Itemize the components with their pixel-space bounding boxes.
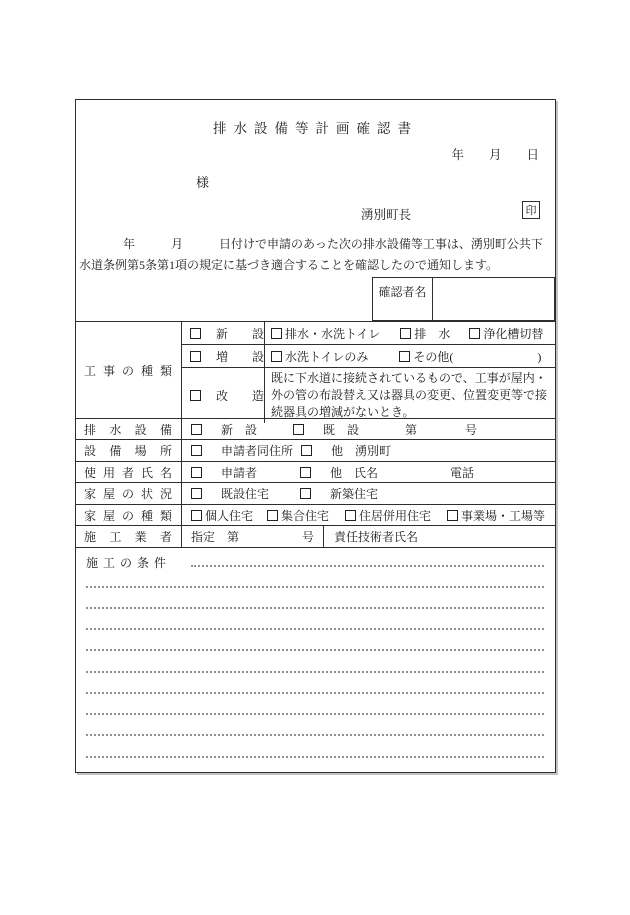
house-type-content: 個人住宅 集合住宅 住居併用住宅 事業場・工場等 xyxy=(182,505,555,525)
row-house-type-header: 家屋の種類 xyxy=(76,505,182,525)
new-construction-cell: 新 設 xyxy=(182,322,265,344)
option-label: 排水・水洗トイレ xyxy=(285,325,380,342)
option-label: 水洗トイレのみ xyxy=(285,348,368,365)
row-drainage-header: 排水設備 xyxy=(76,419,182,439)
row-equipment-location: 設備場所 申請者同住所 他 湧別町 xyxy=(76,440,555,462)
checkbox-private-house[interactable] xyxy=(191,510,202,521)
existing-house-label: 既設住宅 xyxy=(221,485,269,502)
subrow-new-construction: 新 設 排水・水洗トイレ 排 水 浄化槽切替 xyxy=(182,322,555,345)
row-label: 使用者氏名 xyxy=(76,464,181,481)
condition-write-line[interactable] xyxy=(191,565,544,567)
condition-write-line[interactable] xyxy=(86,586,544,588)
row-user-name: 使用者氏名 申請者 他 氏名 電話 xyxy=(76,462,555,483)
condition-write-line[interactable] xyxy=(86,756,544,758)
user-content: 申請者 他 氏名 電話 xyxy=(182,462,555,482)
row-label: 排水設備 xyxy=(76,421,181,438)
checkbox-apartment-house[interactable] xyxy=(267,510,278,521)
seal-stamp-label: 印 xyxy=(526,202,537,218)
row-location-header: 設備場所 xyxy=(76,440,182,461)
conditions-label: 施工の条件 xyxy=(86,554,171,571)
location-other-label: 他 湧別町 xyxy=(331,442,391,459)
drainage-content: 新 設 既 設 第 号 xyxy=(182,419,555,439)
notice-paragraph: 年 月 日付けで申請のあった次の排水設備等工事は、湧別町公共下水道条例第5条第1… xyxy=(79,234,553,276)
option-label: 事業場・工場等 xyxy=(461,507,545,524)
checkbox-existing-house[interactable] xyxy=(191,488,202,499)
row-house-status: 家屋の状況 既設住宅 新築住宅 xyxy=(76,483,555,505)
remodel-description: 既に下水道に接続されているもので、工事が屋内・外の管の布設替え又は器具の変更、位… xyxy=(271,370,551,421)
condition-write-line[interactable] xyxy=(86,607,544,609)
row-house-type: 家屋の種類 個人住宅 集合住宅 住居併用住宅 事業場・工場等 xyxy=(76,505,555,526)
checkbox-remodel[interactable] xyxy=(190,390,201,401)
contractor-designation-cell: 指定 第 号 xyxy=(182,526,324,547)
remodel-label: 改 造 xyxy=(216,387,264,404)
checkbox-new-construction[interactable] xyxy=(190,328,201,339)
confirmer-box: 確認者名 xyxy=(372,277,555,321)
subrow-extension: 増 設 水洗トイレのみ その他( ) xyxy=(182,345,555,368)
new-construction-label: 新 設 xyxy=(216,325,264,342)
date-line: 年 月 日 xyxy=(451,145,539,163)
section-conditions: 施工の条件 xyxy=(76,548,555,772)
seal-placeholder-box: 印 xyxy=(522,201,540,219)
drainage-number-label: 第 号 xyxy=(405,421,477,438)
designation-label: 指定 第 xyxy=(191,528,239,545)
checkbox-user-other[interactable] xyxy=(300,467,311,478)
checkbox-septic-tank-switch[interactable] xyxy=(469,328,480,339)
remodel-description-cell: 既に下水道に接続されているもので、工事が屋内・外の管の布設替え又は器具の変更、位… xyxy=(265,368,555,423)
option-label: 排 水 xyxy=(414,325,450,342)
row-user-header: 使用者氏名 xyxy=(76,462,182,482)
condition-write-line[interactable] xyxy=(86,671,544,673)
row-label: 工事の種類 xyxy=(76,362,181,379)
user-applicant-label: 申請者 xyxy=(221,464,257,481)
option-label: 住居併用住宅 xyxy=(359,507,431,524)
subrow-remodel: 改 造 既に下水道に接続されているもので、工事が屋内・外の管の布設替え又は器具の… xyxy=(182,368,555,423)
row-work-type: 工事の種類 新 設 排水・水洗トイレ 排 水 浄化槽切替 xyxy=(76,322,555,419)
checkbox-same-as-applicant[interactable] xyxy=(191,445,202,456)
drainage-existing-label: 既 設 xyxy=(323,421,359,438)
checkbox-drainage-only[interactable] xyxy=(400,328,411,339)
extension-cell: 増 設 xyxy=(182,345,265,367)
row-label: 施工業者 xyxy=(76,528,181,545)
checkbox-drainage-new[interactable] xyxy=(191,424,202,435)
row-work-type-header: 工事の種類 xyxy=(76,322,182,418)
main-table: 工事の種類 新 設 排水・水洗トイレ 排 水 浄化槽切替 xyxy=(76,321,555,772)
checkbox-flush-toilet-only[interactable] xyxy=(271,351,282,362)
condition-write-line[interactable] xyxy=(86,713,544,715)
engineer-label: 責任技術者氏名 xyxy=(334,528,418,545)
option-label: 個人住宅 xyxy=(205,507,253,524)
checkbox-other-location[interactable] xyxy=(301,445,312,456)
extension-label: 増 設 xyxy=(216,348,264,365)
row-label: 家屋の種類 xyxy=(76,507,181,524)
option-label: 浄化槽切替 xyxy=(483,325,543,342)
row-house-status-header: 家屋の状況 xyxy=(76,483,182,504)
condition-write-line[interactable] xyxy=(86,628,544,630)
confirmer-value-field[interactable] xyxy=(433,278,554,320)
contractor-engineer-cell: 責任技術者氏名 xyxy=(324,526,555,547)
option-label: 集合住宅 xyxy=(281,507,329,524)
work-type-subrows: 新 設 排水・水洗トイレ 排 水 浄化槽切替 増 設 xyxy=(182,322,555,418)
location-same-label: 申請者同住所 xyxy=(221,442,293,459)
designation-number-suffix: 号 xyxy=(302,528,314,545)
checkbox-drainage-flush-toilet[interactable] xyxy=(271,328,282,339)
condition-write-line[interactable] xyxy=(86,692,544,694)
row-contractor-header: 施工業者 xyxy=(76,526,182,547)
checkbox-mixed-use-house[interactable] xyxy=(345,510,356,521)
option-label: その他( ) xyxy=(413,348,541,365)
checkbox-other[interactable] xyxy=(399,351,410,362)
house-status-content: 既設住宅 新築住宅 xyxy=(182,483,555,504)
form-title: 排水設備等計画確認書 xyxy=(76,117,555,137)
extension-options: 水洗トイレのみ その他( ) xyxy=(265,345,555,367)
row-label: 設備場所 xyxy=(76,442,181,459)
new-house-label: 新築住宅 xyxy=(330,485,378,502)
new-construction-options: 排水・水洗トイレ 排 水 浄化槽切替 xyxy=(265,322,555,344)
location-content: 申請者同住所 他 湧別町 xyxy=(182,440,555,461)
confirmer-label: 確認者名 xyxy=(373,278,433,320)
row-label: 家屋の状況 xyxy=(76,485,181,502)
checkbox-user-applicant[interactable] xyxy=(191,467,202,478)
mayor-title: 湧別町長 xyxy=(361,205,411,223)
condition-write-line[interactable] xyxy=(86,734,544,736)
confirmation-form-document: 排水設備等計画確認書 年 月 日 様 湧別町長 印 年 月 日付けで申請のあった… xyxy=(75,99,556,773)
remodel-cell: 改 造 xyxy=(182,368,265,423)
checkbox-drainage-existing[interactable] xyxy=(293,424,304,435)
addressee-sama-label: 様 xyxy=(196,172,209,191)
drainage-new-label: 新 設 xyxy=(221,421,257,438)
checkbox-new-house[interactable] xyxy=(300,488,311,499)
phone-label: 電話 xyxy=(450,464,474,481)
checkbox-extension[interactable] xyxy=(190,351,201,362)
row-contractor: 施工業者 指定 第 号 責任技術者氏名 xyxy=(76,526,555,548)
user-other-label: 他 氏名 xyxy=(330,464,378,481)
checkbox-business-factory[interactable] xyxy=(447,510,458,521)
row-drainage-equipment: 排水設備 新 設 既 設 第 号 xyxy=(76,419,555,440)
condition-write-line[interactable] xyxy=(86,649,544,651)
